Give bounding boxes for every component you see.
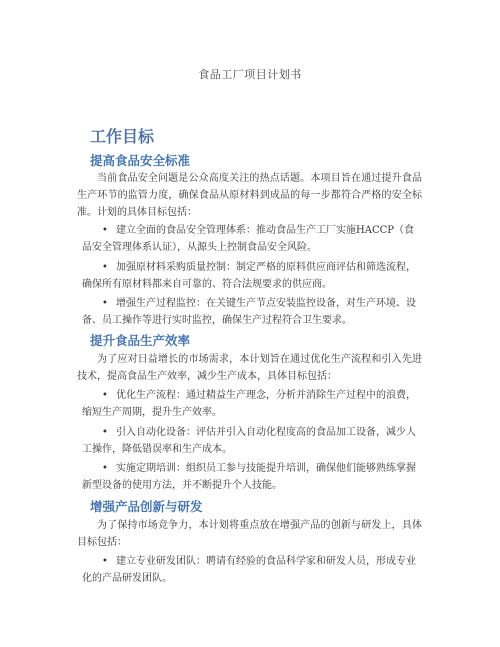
list-item: •优化生产流程：通过精益生产理念，分析并消除生产过程中的浪费，缩短生产周期，提升… bbox=[82, 387, 422, 421]
list-item: •建立专业研发团队：聘请有经验的食品科学家和研发人员，形成专业化的产品研发团队。 bbox=[82, 553, 422, 587]
paragraph-innovation-intro: 为了保持市场竞争力，本计划将重点放在增强产品的创新与研发上，具体目标包括： bbox=[77, 517, 422, 551]
subheading-innovation: 增强产品创新与研发 bbox=[90, 497, 203, 515]
list-item: •实施定期培训：组织员工参与技能提升培训，确保他们能够熟练掌握新型设备的使用方法… bbox=[82, 460, 422, 494]
page-title: 食品工厂项目计划书 bbox=[0, 66, 500, 82]
paragraph-efficiency-intro: 为了应对日益增长的市场需求，本计划旨在通过优化生产流程和引入先进技术，提高食品生… bbox=[77, 351, 422, 385]
bullet-icon: • bbox=[82, 387, 116, 404]
paragraph-food-safety-intro: 当前食品安全问题是公众高度关注的热点话题。本项目旨在通过提升食品生产环节的监管力… bbox=[77, 170, 422, 221]
subheading-production-efficiency: 提升食品生产效率 bbox=[90, 331, 190, 349]
list-item: •增强生产过程监控：在关键生产节点安装监控设备，对生产环境、设备、员工操作等进行… bbox=[82, 295, 422, 329]
bullet-icon: • bbox=[82, 222, 116, 239]
subheading-food-safety: 提高食品安全标准 bbox=[90, 151, 190, 169]
list-item: •建立全面的食品安全管理体系：推动食品生产工厂实施HACCP（食品安全管理体系认… bbox=[82, 222, 422, 256]
list-item: •引入自动化设备：评估并引入自动化程度高的食品加工设备，减少人工操作，降低错误率… bbox=[82, 424, 422, 458]
section-heading-work-goals: 工作目标 bbox=[90, 124, 154, 147]
bullet-icon: • bbox=[82, 553, 116, 570]
bullet-icon: • bbox=[82, 259, 116, 276]
bullet-icon: • bbox=[82, 460, 116, 477]
list-item: •加强原材料采购质量控制：制定严格的原料供应商评估和筛选流程，确保所有原材料都来… bbox=[82, 259, 422, 293]
bullet-icon: • bbox=[82, 295, 116, 312]
bullet-icon: • bbox=[82, 424, 116, 441]
